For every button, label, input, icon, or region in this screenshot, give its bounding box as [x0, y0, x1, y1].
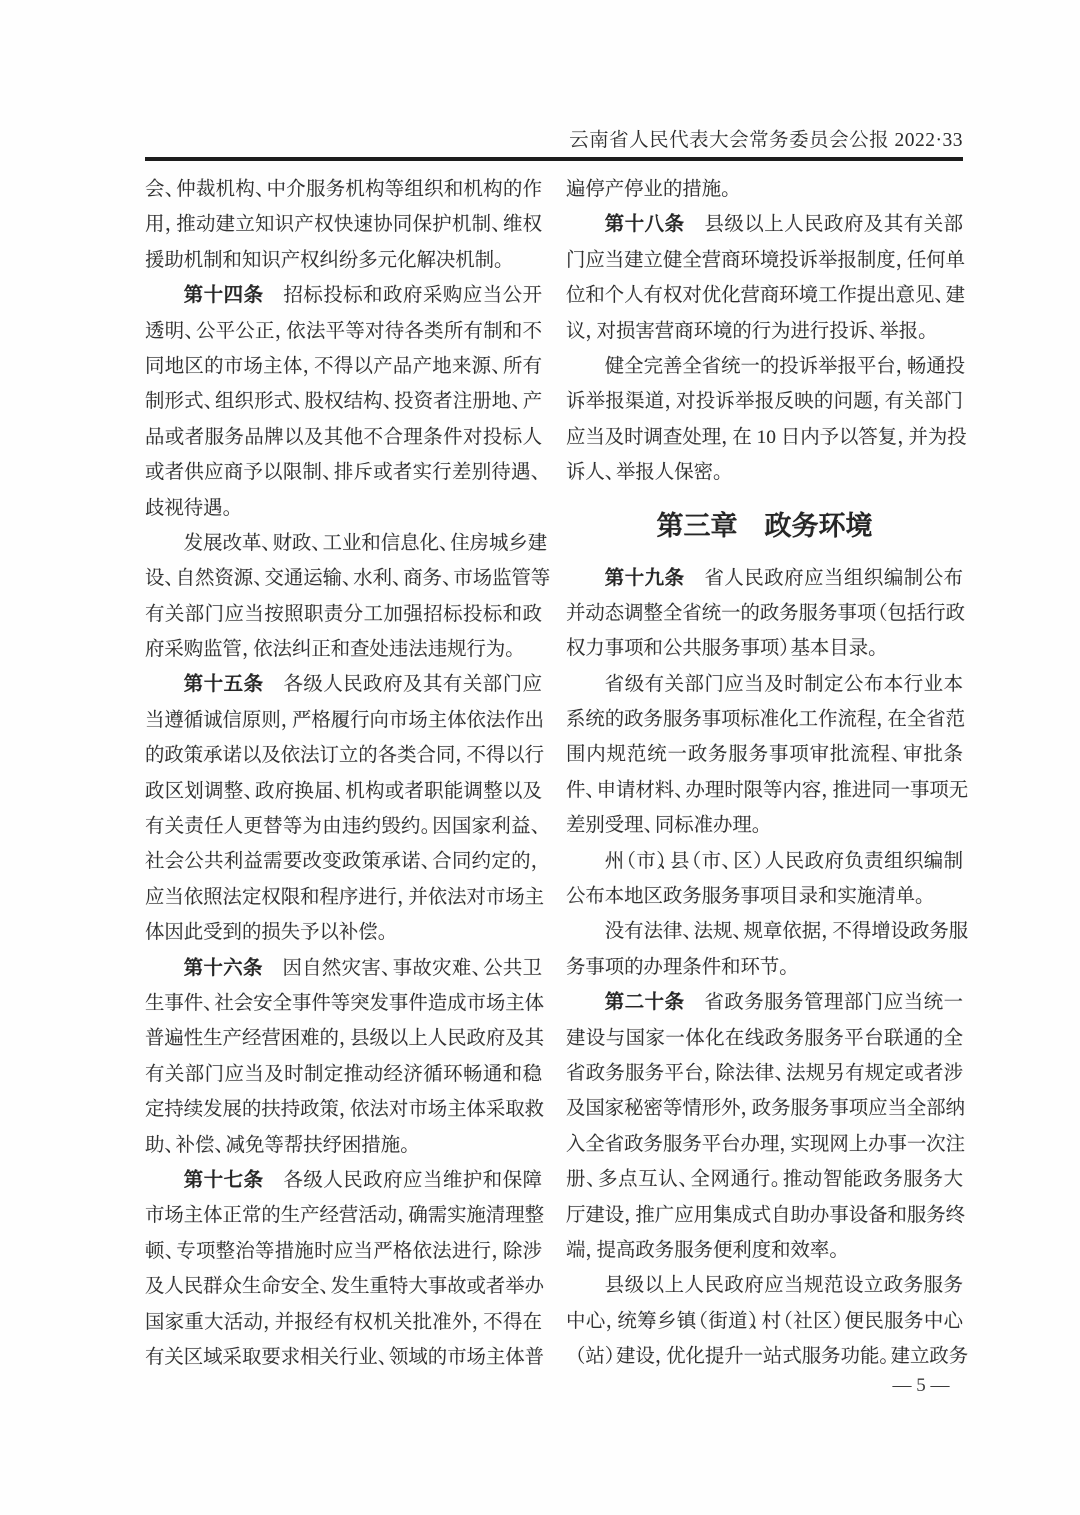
text-line: 有关责任人更替等为由违约毁约。因国家利益、: [145, 809, 542, 844]
text-line: 国家重大活动，并报经有权机关批准外，不得在: [145, 1305, 542, 1340]
article-number: 第十六条: [184, 957, 263, 979]
text-line: 会、仲裁机构、中介服务机构等组织和机构的作: [145, 172, 542, 207]
text-line: 助、补偿、减免等帮扶纾困措施。: [145, 1128, 542, 1163]
text-line: 或者供应商予以限制、排斥或者实行差别待遇、: [145, 455, 542, 490]
text-line: 没有法律、法规、规章依据，不得增设政务服: [566, 914, 963, 949]
page-header: 云南省人民代表大会常务委员会公报 2022·33: [145, 126, 963, 156]
text-line: 围内规范统一政务服务事项审批流程、审批条: [566, 737, 963, 772]
text-line: 系统的政务服务事项标准化工作流程，在全省范: [566, 702, 963, 737]
text-line: 位和个人有权对优化营商环境工作提出意见、建: [566, 278, 963, 313]
text-line: 建设与国家一体化在线政务服务平台联通的全: [566, 1021, 963, 1056]
text-line: 第十八条 县级以上人民政府及其有关部: [566, 207, 963, 242]
text-line: 制形式、组织形式、股权结构、投资者注册地、产: [145, 384, 542, 419]
article-number: 第十四条: [184, 284, 264, 306]
text-line: 援助机制和知识产权纠纷多元化解决机制。: [145, 243, 542, 278]
text-line: 的政策承诺以及依法订立的各类合同，不得以行: [145, 738, 542, 773]
text-line: 有关部门应当及时制定推动经济循环畅通和稳: [145, 1057, 542, 1092]
text-line: 设、自然资源、交通运输、水利、商务、市场监管等: [145, 561, 542, 596]
text-line: 体因此受到的损失予以补偿。: [145, 915, 542, 950]
header-rule: [145, 157, 963, 161]
text-line: 第十七条 各级人民政府应当维护和保障: [145, 1163, 542, 1198]
text-line: 应当及时调查处理，在 10 日内予以答复，并为投: [566, 420, 963, 455]
text-line: 厅建设，推广应用集成式自助办事设备和服务终: [566, 1198, 963, 1233]
text-line: 第二十条 省政务服务管理部门应当统一: [566, 985, 963, 1020]
text-line: 歧视待遇。: [145, 491, 542, 526]
text-line: 第十四条 招标投标和政府采购应当公开: [145, 278, 542, 313]
text-line: 入全省政务服务平台办理，实现网上办事一次注: [566, 1127, 963, 1162]
text-line: 同地区的市场主体，不得以产品产地来源、所有: [145, 349, 542, 384]
article-number: 第十五条: [184, 673, 264, 695]
article-number: 第二十条: [605, 991, 685, 1013]
text-line: 权力事项和公共服务事项）基本目录。: [566, 631, 963, 666]
text-line: 品或者服务品牌以及其他不合理条件对投标人: [145, 420, 542, 455]
text-line: 诉人、举报人保密。: [566, 455, 963, 490]
text-line: 册、多点互认、全网通行。推动智能政务服务大: [566, 1162, 963, 1197]
text-line: 政区划调整、政府换届、机构或者职能调整以及: [145, 774, 542, 809]
text-line: 省级有关部门应当及时制定公布本行业本: [566, 667, 963, 702]
text-line: 议，对损害营商环境的行为进行投诉、举报。: [566, 314, 963, 349]
text-line: 公布本地区政务服务事项目录和实施清单。: [566, 879, 963, 914]
text-line: 用，推动建立知识产权快速协同保护机制、维权: [145, 207, 542, 242]
text-line: 府采购监管，依法纠正和查处违法违规行为。: [145, 632, 542, 667]
article-number: 第十八条: [605, 213, 685, 235]
text-line: 件、申请材料、办理时限等内容，推进同一事项无: [566, 773, 963, 808]
text-line: 州（市）、县（市、区）人民政府负责组织编制: [566, 844, 963, 879]
text-line: 第十六条 因自然灾害、事故灾难、公共卫: [145, 951, 542, 986]
text-line: 有关区域采取要求相关行业、领域的市场主体普: [145, 1340, 542, 1375]
text-line: 门应当建立健全营商环境投诉举报制度，任何单: [566, 243, 963, 278]
text-line: 定持续发展的扶持政策，依法对市场主体采取救: [145, 1092, 542, 1127]
text-line: 有关部门应当按照职责分工加强招标投标和政: [145, 597, 542, 632]
text-line: 应当依照法定权限和程序进行，并依法对市场主: [145, 880, 542, 915]
chapter-heading: 第三章 政务环境: [566, 491, 963, 561]
text-line: 端，提高政务服务便利度和效率。: [566, 1233, 963, 1268]
text-line: 中心，统筹乡镇（街道）、村（社区）便民服务中心: [566, 1304, 963, 1339]
text-line: 顿、专项整治等措施时应当严格依法进行，除涉: [145, 1234, 542, 1269]
text-line: 健全完善全省统一的投诉举报平台，畅通投: [566, 349, 963, 384]
text-line: 诉举报渠道，对投诉举报反映的问题，有关部门: [566, 384, 963, 419]
text-line: 社会公共利益需要改变政策承诺、合同约定的，: [145, 844, 542, 879]
text-line: 并动态调整全省统一的政务服务事项（包括行政: [566, 596, 963, 631]
text-line: 第十五条 各级人民政府及其有关部门应: [145, 667, 542, 702]
text-line: 遍停产停业的措施。: [566, 172, 963, 207]
text-line: 普遍性生产经营困难的，县级以上人民政府及其: [145, 1021, 542, 1056]
text-line: 第十九条 省人民政府应当组织编制公布: [566, 561, 963, 596]
text-line: 及国家秘密等情形外，政务服务事项应当全部纳: [566, 1091, 963, 1126]
text-line: 差别受理、同标准办理。: [566, 808, 963, 843]
left-column: 会、仲裁机构、中介服务机构等组织和机构的作用，推动建立知识产权快速协同保护机制、…: [145, 172, 542, 1375]
text-line: 透明、公平公正，依法平等对待各类所有制和不: [145, 314, 542, 349]
two-column-body: 会、仲裁机构、中介服务机构等组织和机构的作用，推动建立知识产权快速协同保护机制、…: [145, 172, 963, 1375]
document-page: 云南省人民代表大会常务委员会公报 2022·33 会、仲裁机构、中介服务机构等组…: [0, 0, 1080, 1515]
text-line: 省政务服务平台，除法律、法规另有规定或者涉: [566, 1056, 963, 1091]
text-line: 务事项的办理条件和环节。: [566, 950, 963, 985]
text-line: 当遵循诚信原则，严格履行向市场主体依法作出: [145, 703, 542, 738]
text-line: 及人民群众生命安全、发生重特大事故或者举办: [145, 1269, 542, 1304]
article-number: 第十九条: [605, 567, 685, 589]
page-number: — 5 —: [856, 1370, 986, 1402]
text-line: 市场主体正常的生产经营活动，确需实施清理整: [145, 1198, 542, 1233]
text-line: 发展改革、财政、工业和信息化、住房城乡建: [145, 526, 542, 561]
right-column: 遍停产停业的措施。第十八条 县级以上人民政府及其有关部门应当建立健全营商环境投诉…: [566, 172, 963, 1375]
text-line: 生事件、社会安全事件等突发事件造成市场主体: [145, 986, 542, 1021]
article-number: 第十七条: [184, 1169, 264, 1191]
text-line: 县级以上人民政府应当规范设立政务服务: [566, 1268, 963, 1303]
